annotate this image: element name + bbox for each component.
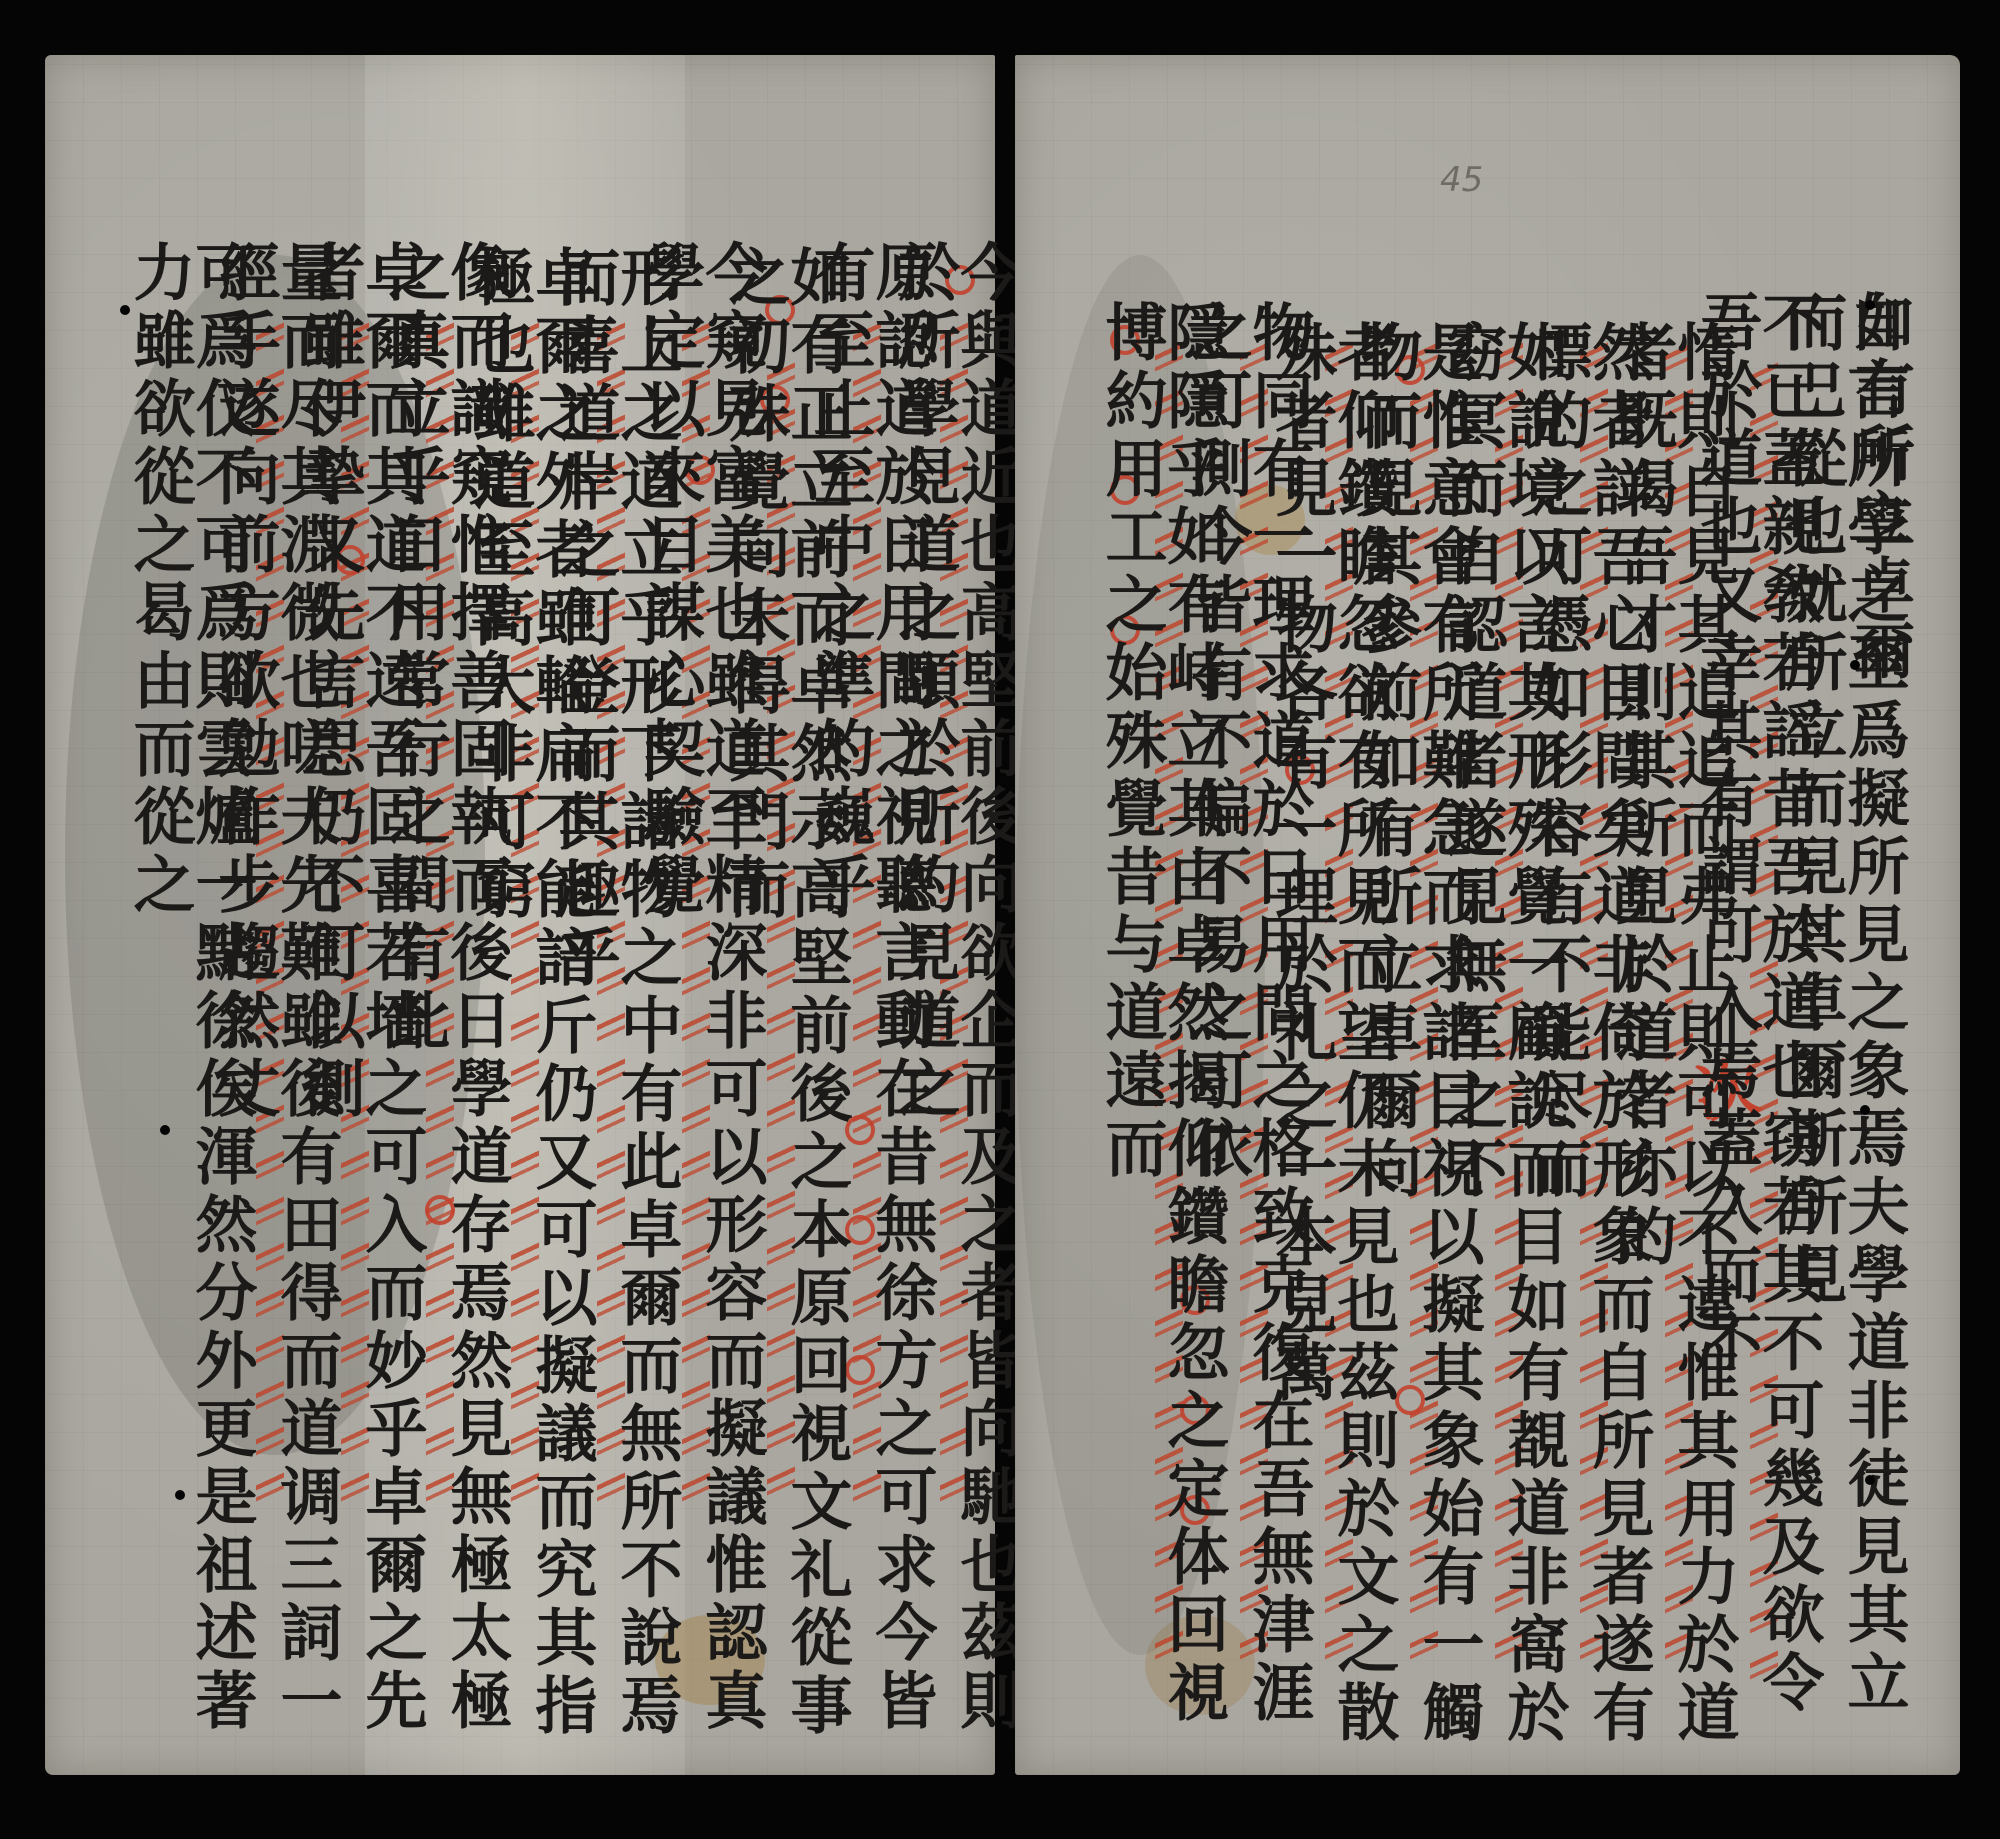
binding-hole [1850, 660, 1860, 670]
left-manuscript-page: 今與道近也高堅前後向欲企而及之者皆向馳也茲則於所學見道之頤於所約見道之 原認道於… [45, 55, 995, 1775]
binding-hole [1865, 1475, 1875, 1485]
text-column: 可爲仅不可爲則雲爐一點徐俟渾然分外更是祖述著力雖欲從之曷由而從之 [128, 240, 252, 1775]
text-column: 隱隱乎如有峙立其由卓然揭仰鑽瞻忽之定体回視博約用工之始殊覺昔与道遠而 [1100, 300, 1224, 1775]
binding-hole [175, 1490, 185, 1500]
binding-hole [160, 1125, 170, 1135]
right-manuscript-page: 45 次 如有所立卓爾 自言所學之至爲擬所見之象焉夫學道非徒見其立而已從也就所立… [1015, 55, 1960, 1775]
binding-hole [120, 305, 130, 315]
binding-hole [1865, 300, 1875, 310]
page-number-mark: 45 [1440, 160, 1483, 200]
binding-hole [1860, 1105, 1870, 1115]
